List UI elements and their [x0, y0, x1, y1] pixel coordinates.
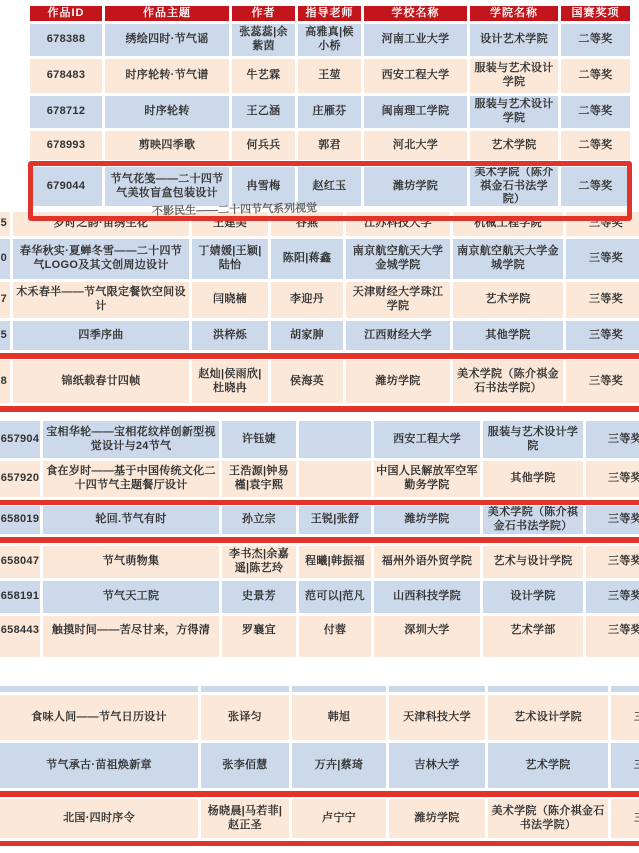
table-row: 节气承古·苗祖焕新章张李佰慧万卉|蔡琦吉林大学艺术学院三等奖 — [0, 743, 639, 788]
cell-teachers: 陈阳|蒋鑫 — [271, 239, 343, 279]
cell-award: 三等奖 — [566, 239, 639, 279]
cell-authors: 许钰婕 — [222, 421, 296, 458]
cell-school: 潍坊学院 — [374, 506, 480, 534]
partial-row-sliver — [0, 686, 639, 692]
cell-title: 食味人间——节气日历设计 — [0, 695, 198, 740]
table-row: 658019轮回.节气有时孙立宗王锐|张舒潍坊学院美术学院（陈介祺金石书法学院）… — [0, 506, 639, 534]
cell-award: 三等奖 — [586, 421, 639, 458]
table-row: 8锦纸载春廿四帧赵灿|侯雨欣|杜晓冉侯海英潍坊学院美术学院（陈介祺金石书法学院）… — [0, 360, 639, 403]
cell-authors: 张李佰慧 — [201, 743, 289, 788]
cell-school: 南京航空航天大学金城学院 — [346, 239, 450, 279]
table-row: 0春华秋实·夏蝉冬雪——二十四节气LOGO及其文创周边设计丁婧媛|王颖|陆怡陈阳… — [0, 239, 639, 279]
cell-college: 美术学院（陈介祺金石书法学院） — [470, 167, 558, 206]
highlight-line-top-jinzhi — [0, 353, 639, 359]
cell-award: 三等奖 — [566, 321, 639, 350]
table-row: 食味人间——节气日历设计张译匀韩旭天津科技大学艺术设计学院三等奖 — [0, 695, 639, 740]
cell-college: 服装与艺术设计学院 — [483, 421, 583, 458]
cell-college: 美术学院（陈介祺金石书法学院） — [483, 506, 583, 534]
column-header: 作品主题 — [105, 6, 229, 21]
cell-teachers: 高雅真|候小桥 — [298, 24, 361, 56]
cell-award: 三等奖 — [586, 461, 639, 497]
cell-college: 设计学院 — [483, 581, 583, 613]
cell-teachers: 卢宁宁 — [292, 799, 386, 838]
column-header: 国赛奖项 — [561, 6, 630, 21]
cell-school: 河南工业大学 — [364, 24, 467, 56]
cell-title: 轮回.节气有时 — [43, 506, 219, 534]
cell-authors: 张蕊蕊|余紫茵 — [232, 24, 295, 56]
cell-authors: 杨晓晨|马若菲|赵正圣 — [201, 799, 289, 838]
cell-title: 节气萌物集 — [43, 546, 219, 578]
cell-school: 吉林大学 — [389, 743, 485, 788]
cell-teachers: 王堃 — [298, 59, 361, 93]
cell-school: 山西科技学院 — [374, 581, 480, 613]
column-header: 学院名称 — [470, 6, 558, 21]
cell-school: 潍坊学院 — [346, 360, 450, 403]
cell-college: 设计艺术学院 — [470, 24, 558, 56]
cell-authors: 孙立宗 — [222, 506, 296, 534]
cell-college: 艺术与设计学院 — [483, 546, 583, 578]
cell-teachers: 侯海英 — [271, 360, 343, 403]
cell-id: 657920 — [0, 461, 40, 497]
cell-authors: 赵灿|侯雨欣|杜晓冉 — [192, 360, 268, 403]
cell-teachers: 范可以|范凡 — [299, 581, 371, 613]
cell-school: 潍坊学院 — [389, 799, 485, 838]
cell-school: 深圳大学 — [374, 616, 480, 657]
column-header: 指导老师 — [298, 6, 361, 21]
cell-award: 三等奖 — [566, 360, 639, 403]
cell-college: 服装与艺术设计学院 — [470, 96, 558, 128]
cell-id: 5 — [0, 212, 10, 236]
cell-award: 三等奖 — [566, 282, 639, 318]
table-row: 678388绣绘四时·节气谣张蕊蕊|余紫茵高雅真|候小桥河南工业大学设计艺术学院… — [0, 24, 639, 56]
cell-award: 三等奖 — [586, 616, 639, 657]
cell-id: 658047 — [0, 546, 40, 578]
cell-title: 四季序曲 — [13, 321, 189, 350]
cell-school: 福州外语外贸学院 — [374, 546, 480, 578]
cell-college: 服装与艺术设计学院 — [470, 59, 558, 93]
cell-title: 北国·四时序令 — [0, 799, 198, 838]
cell-award: 三等奖 — [611, 695, 639, 740]
cell-college: 美术学院（陈介祺金石书法学院） — [453, 360, 563, 403]
cell-award: 三等奖 — [611, 743, 639, 788]
highlight-line-bottom-658019 — [0, 537, 639, 543]
cell-award: 二等奖 — [561, 24, 630, 56]
cell-authors: 何兵兵 — [232, 131, 295, 160]
cell-teachers — [299, 461, 371, 497]
table-row: 5四季序曲洪梓烁胡家胂江西财经大学其他学院三等奖 — [0, 321, 639, 350]
cell-authors: 王乙涵 — [232, 96, 295, 128]
cell-college: 机械工程学院 — [453, 212, 563, 236]
cell-school: 闽南理工学院 — [364, 96, 467, 128]
cell-title: 食在岁时——基于中国传统文化二十四节气主题餐厅设计 — [43, 461, 219, 497]
cell-school: 潍坊学院 — [364, 167, 467, 206]
cell-teachers — [299, 421, 371, 458]
cell-id: 678388 — [30, 24, 102, 56]
cell-award: 三等奖 — [586, 546, 639, 578]
cell-school: 天津财经大学珠江学院 — [346, 282, 450, 318]
cell-title: 剪映四季歌 — [105, 131, 229, 160]
cell-authors: 史景芳 — [222, 581, 296, 613]
cell-authors: 洪梓烁 — [192, 321, 268, 350]
cell-id: 658443 — [0, 616, 40, 657]
cell-authors: 王浩源|钟易槿|袁宇熙 — [222, 461, 296, 497]
table-row: 678712时序轮转王乙涵庄雁芬闽南理工学院服装与艺术设计学院二等奖 — [0, 96, 639, 128]
table-row: 7木禾春半——节气限定餐饮空间设计闫晓楠李迎丹天津财经大学珠江学院艺术学院三等奖 — [0, 282, 639, 318]
cell-id: 658191 — [0, 581, 40, 613]
cell-title: 绣绘四时·节气谣 — [105, 24, 229, 56]
cell-award: 三等奖 — [586, 506, 639, 534]
cell-college: 其他学院 — [453, 321, 563, 350]
cell-title: 木禾春半——节气限定餐饮空间设计 — [13, 282, 189, 318]
cell-title: 节气花笺——二十四节气美妆盲盒包装设计 — [105, 167, 229, 206]
cell-school: 天津科技大学 — [389, 695, 485, 740]
highlight-line-top-658019 — [0, 500, 639, 505]
cell-college: 南京航空航天大学金城学院 — [453, 239, 563, 279]
cell-id: 678712 — [30, 96, 102, 128]
cell-college: 艺术学院 — [470, 131, 558, 160]
cell-id: 8 — [0, 360, 10, 403]
cell-award: 二等奖 — [561, 59, 630, 93]
cell-id: 0 — [0, 239, 10, 279]
cell-authors: 李书杰|余嘉遥|陈艺玲 — [222, 546, 296, 578]
cell-teachers: 万卉|蔡琦 — [292, 743, 386, 788]
highlight-line-bottom-page — [0, 841, 639, 846]
table-row: 北国·四时序令杨晓晨|马若菲|赵正圣卢宁宁潍坊学院美术学院（陈介祺金石书法学院）… — [0, 799, 639, 838]
cell-school: 江苏科技大学 — [346, 212, 450, 236]
table-row: 678483时序轮转·节气谱牛艺霖王堃西安工程大学服装与艺术设计学院二等奖 — [0, 59, 639, 93]
cell-school: 西安工程大学 — [374, 421, 480, 458]
table-row: 678993剪映四季歌何兵兵郭君河北大学艺术学院二等奖 — [0, 131, 639, 160]
cell-school: 中国人民解放军空军勤务学院 — [374, 461, 480, 497]
cell-award: 二等奖 — [561, 167, 630, 206]
cell-school: 西安工程大学 — [364, 59, 467, 93]
cell-school: 河北大学 — [364, 131, 467, 160]
cell-teachers: 程曦|韩振福 — [299, 546, 371, 578]
cell-college: 其他学院 — [483, 461, 583, 497]
cell-id: 7 — [0, 282, 10, 318]
cell-teachers: 王锐|张舒 — [299, 506, 371, 534]
cell-authors: 闫晓楠 — [192, 282, 268, 318]
cell-authors: 罗襄宜 — [222, 616, 296, 657]
cell-authors: 丁婧媛|王颖|陆怡 — [192, 239, 268, 279]
cell-title: 节气天工院 — [43, 581, 219, 613]
cell-college: 艺术学院 — [453, 282, 563, 318]
cell-id: 678993 — [30, 131, 102, 160]
cell-teachers: 李迎丹 — [271, 282, 343, 318]
table-row: 679044节气花笺——二十四节气美妆盲盒包装设计冉雪梅赵红玉潍坊学院美术学院（… — [0, 167, 639, 206]
cell-award: 三等奖 — [611, 799, 639, 838]
header-row: 作品ID作品主题作者指导老师学校名称学院名称国赛奖项 — [0, 6, 639, 21]
column-header: 作品ID — [30, 6, 102, 21]
cell-title: 春华秋实·夏蝉冬雪——二十四节气LOGO及其文创周边设计 — [13, 239, 189, 279]
highlight-line-bottom-jinzhi — [0, 406, 639, 412]
cell-title: 时序轮转 — [105, 96, 229, 128]
cell-college: 美术学院（陈介祺金石书法学院） — [488, 799, 608, 838]
cell-id: 5 — [0, 321, 10, 350]
cell-id: 678483 — [30, 59, 102, 93]
table-row: 658443触摸时间——苦尽甘来，方得清罗襄宜付蓉深圳大学艺术学部三等奖 — [0, 616, 639, 657]
table-row: 5岁时之韵·苗绣生花王建美谷燕江苏科技大学机械工程学院三等奖 — [0, 212, 639, 236]
cell-teachers: 庄雁芬 — [298, 96, 361, 128]
cell-title: 锦纸载春廿四帧 — [13, 360, 189, 403]
cell-id: 658019 — [0, 506, 40, 534]
cell-award: 三等奖 — [586, 581, 639, 613]
cell-authors: 张译匀 — [201, 695, 289, 740]
cell-id: 657904 — [0, 421, 40, 458]
cell-college: 艺术学部 — [483, 616, 583, 657]
cell-college: 艺术设计学院 — [488, 695, 608, 740]
table-row: 658047节气萌物集李书杰|余嘉遥|陈艺玲程曦|韩振福福州外语外贸学院艺术与设… — [0, 546, 639, 578]
cell-teachers: 郭君 — [298, 131, 361, 160]
cell-award: 三等奖 — [566, 212, 639, 236]
table-row: 657920食在岁时——基于中国传统文化二十四节气主题餐厅设计王浩源|钟易槿|袁… — [0, 461, 639, 497]
highlight-line-below-jilin-row — [0, 791, 639, 797]
cell-title: 触摸时间——苦尽甘来，方得清 — [43, 616, 219, 657]
column-header: 学校名称 — [364, 6, 467, 21]
cell-award: 二等奖 — [561, 131, 630, 160]
cell-title: 宝相华轮——宝相花纹样创新型视觉设计与24节气 — [43, 421, 219, 458]
cell-teachers: 胡家胂 — [271, 321, 343, 350]
cell-award: 二等奖 — [561, 96, 630, 128]
cell-college: 艺术学院 — [488, 743, 608, 788]
cell-school: 江西财经大学 — [346, 321, 450, 350]
table-row: 658191节气天工院史景芳范可以|范凡山西科技学院设计学院三等奖 — [0, 581, 639, 613]
column-header: 作者 — [232, 6, 295, 21]
cell-authors: 牛艺霖 — [232, 59, 295, 93]
table-row: 657904宝相华轮——宝相花纹样创新型视觉设计与24节气许钰婕西安工程大学服装… — [0, 421, 639, 458]
cell-title: 时序轮转·节气谱 — [105, 59, 229, 93]
cell-id: 679044 — [30, 167, 102, 206]
cell-title: 节气承古·苗祖焕新章 — [0, 743, 198, 788]
cell-teachers: 韩旭 — [292, 695, 386, 740]
cell-teachers: 付蓉 — [299, 616, 371, 657]
